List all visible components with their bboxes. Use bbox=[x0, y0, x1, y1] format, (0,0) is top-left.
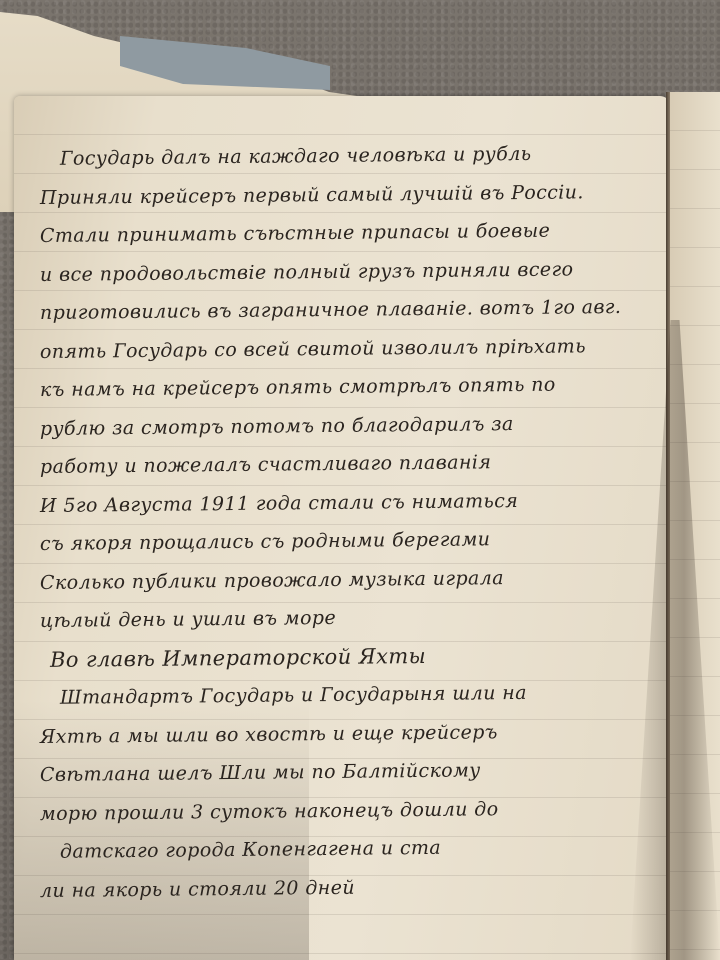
text-line: рублю за смотръ потомъ по благодарилъ за bbox=[40, 403, 680, 448]
text-line: къ намъ на крейсеръ опять смотрѣлъ опять… bbox=[40, 364, 680, 409]
handwritten-text: Государь далъ на каждаго человѣка и рубл… bbox=[40, 140, 680, 910]
text-line: морю прошли 3 сутокъ наконецъ дошли до bbox=[40, 788, 680, 833]
text-line-heading: Во главѣ Императорской Яхты bbox=[40, 634, 680, 679]
text-line: опять Государь со всей свитой изволилъ п… bbox=[40, 326, 680, 371]
text-line: цѣлый день и ушли въ море bbox=[40, 595, 680, 640]
text-line: приготовились въ заграничное плаваніе. в… bbox=[40, 287, 680, 332]
text-line: и все продовольствіе полный грузъ принял… bbox=[40, 249, 680, 294]
text-line: работу и пожелалъ счастливаго плаванія bbox=[40, 441, 680, 486]
text-line: Штандартъ Государь и Государыня шли на bbox=[40, 672, 680, 717]
text-line: датскаго города Копенгагена и ста bbox=[40, 826, 680, 871]
text-line: Стали принимать съѣстные припасы и боевы… bbox=[40, 210, 680, 255]
text-line: Сколько публики провожало музыка играла bbox=[40, 557, 680, 602]
text-line: ли на якорь и стояли 20 дней bbox=[40, 865, 680, 910]
text-line: съ якоря прощались съ родными берегами bbox=[40, 518, 680, 563]
text-line: И 5го Августа 1911 года стали съ ниматьс… bbox=[40, 480, 680, 525]
text-line: Яхтѣ а мы шли во хвостѣ и еще крейсеръ bbox=[40, 711, 680, 756]
text-line: Государь далъ на каждаго человѣка и рубл… bbox=[40, 133, 680, 178]
text-line: Свѣтлана шелъ Шли мы по Балтійскому bbox=[40, 749, 680, 794]
text-line: Приняли крейсеръ первый самый лучшій въ … bbox=[40, 172, 680, 217]
